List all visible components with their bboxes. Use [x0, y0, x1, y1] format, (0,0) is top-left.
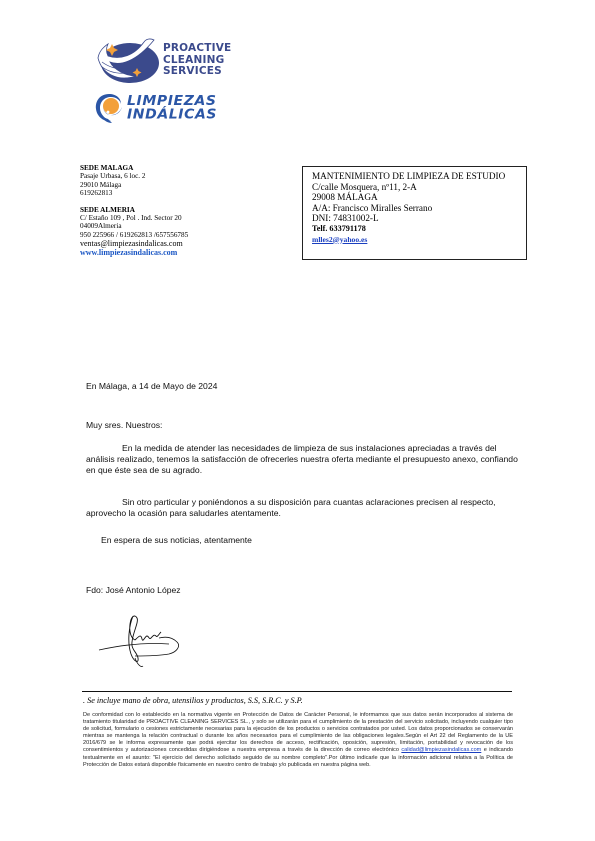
sender-website-link[interactable]: www.limpiezasindalicas.com — [80, 248, 188, 257]
malaga-phone: 619262813 — [80, 189, 188, 197]
recipient-phone: Telf. 633791178 — [312, 224, 526, 235]
footer-divider — [82, 691, 512, 692]
almeria-city: 04009Almeria — [80, 222, 188, 230]
letter-closing: En espera de sus noticias, atentamente — [101, 535, 252, 546]
recipient-city: 29008 MÁLAGA — [312, 192, 526, 203]
brand-line-2: INDÁLICAS — [127, 108, 217, 121]
recipient-dni: DNI: 74831002-L — [312, 213, 526, 224]
proactive-brand-text: PROACTIVE CLEANING SERVICES — [163, 43, 231, 78]
recipient-attention: A/A: Francisco Miralles Serrano — [312, 203, 526, 214]
handwritten-signature-icon — [97, 606, 197, 671]
letter-signed-by: Fdo: José Antonio López — [86, 585, 181, 596]
recipient-address-box: MANTENIMIENTO DE LIMPIEZA DE ESTUDIO C/c… — [302, 166, 527, 260]
sender-email[interactable]: ventas@limpiezasindalicas.com — [80, 239, 188, 249]
letter-paragraph-1: En la medida de atender las necesidades … — [86, 443, 518, 477]
data-protection-notice: De conformidad con lo establecido en la … — [83, 712, 513, 769]
limpiezas-brand-text: LIMPIEZAS INDÁLICAS — [127, 95, 217, 122]
brand-line-1: PROACTIVE — [163, 43, 231, 55]
legal-email-link[interactable]: calidad@limpiezasindalicas.com — [401, 747, 481, 753]
recipient-name: MANTENIMIENTO DE LIMPIEZA DE ESTUDIO — [312, 171, 526, 182]
brand-line-3: SERVICES — [163, 66, 231, 78]
malaga-city: 29010 Málaga — [80, 181, 188, 189]
sender-info: SEDE MALAGA Pasaje Urbasa, 6 loc. 2 2901… — [80, 164, 188, 257]
almeria-phones: 950 225966 / 619262813 /657556785 — [80, 231, 188, 239]
letter-salutation: Muy sres. Nuestros: — [86, 420, 162, 431]
proactive-swoosh-icon — [96, 36, 162, 88]
indalo-emblem-icon — [94, 92, 124, 124]
paragraph-1-text: En la medida de atender las necesidades … — [86, 443, 518, 475]
brand-line-1: LIMPIEZAS — [127, 95, 217, 108]
letter-paragraph-2: Sin otro particular y poniéndonos a su d… — [86, 497, 518, 519]
recipient-email-link[interactable]: mlles2@yahoo.es — [312, 235, 526, 246]
includes-note: . Se incluye mano de obra, utensilios y … — [83, 696, 303, 706]
letter-date: En Málaga, a 14 de Mayo de 2024 — [86, 381, 217, 392]
malaga-heading: SEDE MALAGA — [80, 164, 188, 172]
almeria-address: C/ Estaño 109 , Pol . Ind. Sector 20 — [80, 214, 188, 222]
limpiezas-indalicas-logo: LIMPIEZAS INDÁLICAS — [94, 92, 234, 126]
almeria-heading: SEDE ALMERIA — [80, 206, 188, 214]
paragraph-2-text: Sin otro particular y poniéndonos a su d… — [86, 497, 496, 518]
malaga-address: Pasaje Urbasa, 6 loc. 2 — [80, 172, 188, 180]
recipient-street: C/calle Mosquera, nº11, 2-A — [312, 182, 526, 193]
proactive-cleaning-services-logo: PROACTIVE CLEANING SERVICES — [96, 36, 266, 88]
